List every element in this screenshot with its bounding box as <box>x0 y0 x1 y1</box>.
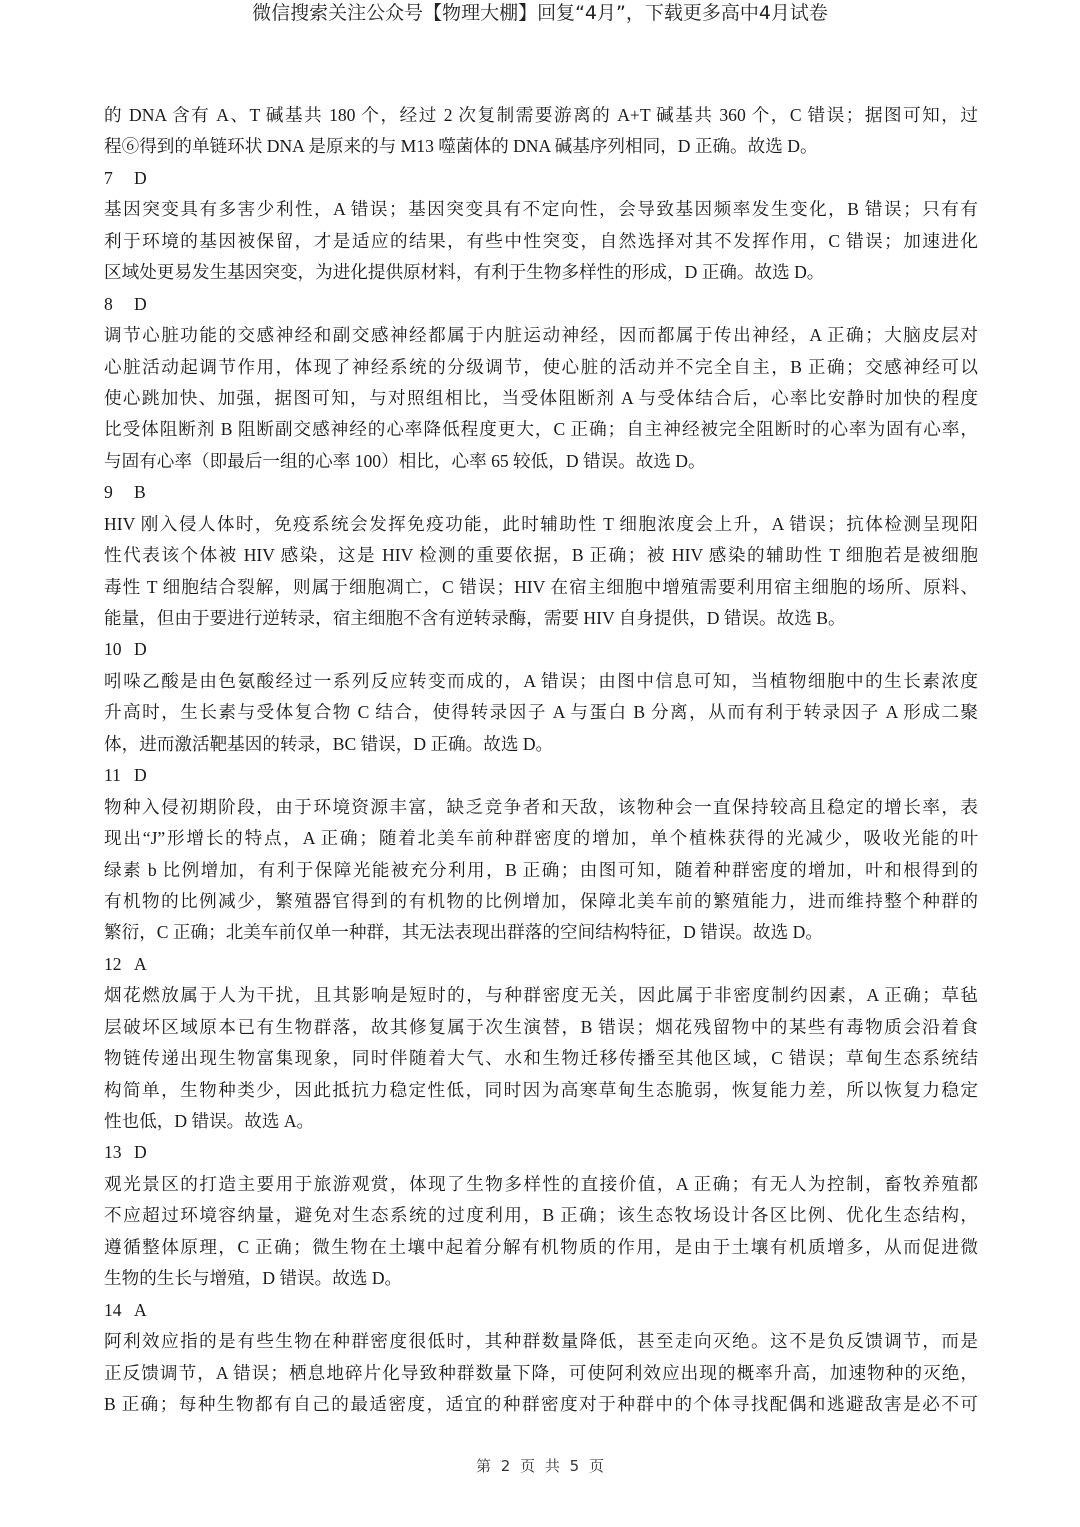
question-answer: D <box>134 634 147 665</box>
question-answer: D <box>134 289 147 320</box>
explanation-line: 现出“J”形增长的特点，A 正确；随着北美车前种群密度的增加，单个植株获得的光减… <box>104 823 978 854</box>
explanation-line: 毒性 T 细胞结合裂解，则属于细胞凋亡，C 错误；HIV 在宿主细胞中增殖需要利… <box>104 572 978 603</box>
explanation-line: 层破坏区域原本已有生物群落，故其修复属于次生演替，B 错误；烟花残留物中的某些有… <box>104 1012 978 1043</box>
question-12-header: 12A <box>104 949 978 980</box>
question-number: 11 <box>104 760 126 791</box>
promo-banner: 微信搜索关注公众号【物理大棚】回复“4月”，下载更多高中4月试卷 <box>0 0 1080 28</box>
explanation-line: 与固有心率（即最后一组的心率 100）相比，心率 65 较低，D 错误。故选 D… <box>104 446 978 477</box>
explanation-line: 体，进而激活靶基因的转录，BC 错误，D 正确。故选 D。 <box>104 729 978 760</box>
explanation-line: HIV 刚入侵人体时，免疫系统会发挥免疫功能，此时辅助性 T 细胞浓度会上升，A… <box>104 509 978 540</box>
explanation-line: 物链传递出现生物富集现象，同时伴随着大气、水和生物迁移传播至其他区域，C 错误；… <box>104 1043 978 1074</box>
explanation-line: B 正确；每种生物都有自己的最适密度，适宜的种群密度对于种群中的个体寻找配偶和逃… <box>104 1389 978 1420</box>
explanation-line: 绿素 b 比例增加，有利于保障光能被充分利用，B 正确；由图可知，随着种群密度的… <box>104 855 978 886</box>
explanation-line: 比受体阻断剂 B 阻断副交感神经的心率降低程度更大，C 正确；自主神经被完全阻断… <box>104 414 978 445</box>
page-number: 第 2 页 共 5 页 <box>0 1455 1080 1476</box>
explanation-line: 区域处更易发生基因突变，为进化提供原材料，有利于生物多样性的形成，D 正确。故选… <box>104 257 978 288</box>
intro-line: 的 DNA 含有 A、T 碱基共 180 个，经过 2 次复制需要游离的 A+T… <box>104 100 978 131</box>
explanation-line: 升高时，生长素与受体复合物 C 结合，使得转录因子 A 与蛋白 B 分离，从而有… <box>104 697 978 728</box>
question-answer: D <box>134 1137 147 1168</box>
explanation-line: 阿利效应指的是有些生物在种群密度很低时，其种群数量降低，甚至走向灭绝。这不是负反… <box>104 1326 978 1357</box>
question-number: 10 <box>104 634 126 665</box>
explanation-line: 繁衍，C 正确；北美车前仅单一种群，其无法表现出群落的空间结构特征，D 错误。故… <box>104 917 978 948</box>
question-answer: A <box>134 1295 147 1326</box>
question-number: 12 <box>104 949 126 980</box>
explanation-line: 正反馈调节，A 错误；栖息地碎片化导致种群数量下降，可使阿利效应出现的概率升高，… <box>104 1358 978 1389</box>
question-13-header: 13D <box>104 1137 978 1168</box>
question-number: 7 <box>104 163 126 194</box>
explanation-line: 调节心脏功能的交感神经和副交感神经都属于内脏运动神经，因而都属于传出神经，A 正… <box>104 320 978 351</box>
question-7-header: 7D <box>104 163 978 194</box>
explanation-line: 心脏活动起调节作用，体现了神经系统的分级调节，使心脏的活动并不完全自主，B 正确… <box>104 352 978 383</box>
explanation-line: 物种入侵初期阶段，由于环境资源丰富，缺乏竞争者和天敌，该物种会一直保持较高且稳定… <box>104 792 978 823</box>
question-9-header: 9B <box>104 477 978 508</box>
explanation-line: 不应超过环境容纳量，避免对生态系统的过度利用，B 正确；该生态牧场设计各区比例、… <box>104 1200 978 1231</box>
question-number: 9 <box>104 477 126 508</box>
explanation-line: 性也低，D 错误。故选 A。 <box>104 1106 978 1137</box>
question-answer: D <box>134 163 147 194</box>
explanation-line: 生物的生长与增殖，D 错误。故选 D。 <box>104 1263 978 1294</box>
intro-line: 程⑥得到的单链环状 DNA 是原来的与 M13 噬菌体的 DNA 碱基序列相同，… <box>104 131 978 162</box>
explanation-line: 有机物的比例减少，繁殖器官得到的有机物的比例增加，保障北美车前的繁殖能力，进而维… <box>104 886 978 917</box>
explanation-line: 观光景区的打造主要用于旅游观赏，体现了生物多样性的直接价值，A 正确；有无人为控… <box>104 1169 978 1200</box>
explanation-line: 基因突变具有多害少利性，A 错误；基因突变具有不定向性，会导致基因频率发生变化，… <box>104 194 978 225</box>
answer-document-body: 的 DNA 含有 A、T 碱基共 180 个，经过 2 次复制需要游离的 A+T… <box>104 100 978 1420</box>
explanation-line: 使心跳加快、加强，据图可知，与对照组相比，当受体阻断剂 A 与受体结合后，心率比… <box>104 383 978 414</box>
question-11-header: 11D <box>104 760 978 791</box>
question-8-header: 8D <box>104 289 978 320</box>
question-number: 13 <box>104 1137 126 1168</box>
explanation-line: 利于环境的基因被保留，才是适应的结果，有些中性突变，自然选择对其不发挥作用，C … <box>104 226 978 257</box>
explanation-line: 遵循整体原理，C 正确；微生物在土壤中起着分解有机物质的作用，是由于土壤有机质增… <box>104 1232 978 1263</box>
question-14-header: 14A <box>104 1295 978 1326</box>
explanation-line: 吲哚乙酸是由色氨酸经过一系列反应转变而成的，A 错误；由图中信息可知，当植物细胞… <box>104 666 978 697</box>
explanation-line: 性代表该个体被 HIV 感染，这是 HIV 检测的重要依据，B 正确；被 HIV… <box>104 540 978 571</box>
question-answer: A <box>134 949 147 980</box>
question-10-header: 10D <box>104 634 978 665</box>
explanation-line: 能量，但由于要进行逆转录，宿主细胞不含有逆转录酶，需要 HIV 自身提供，D 错… <box>104 603 978 634</box>
explanation-line: 烟花燃放属于人为干扰，且其影响是短时的，与种群密度无关，因此属于非密度制约因素，… <box>104 980 978 1011</box>
question-answer: B <box>134 477 146 508</box>
question-number: 14 <box>104 1295 126 1326</box>
question-number: 8 <box>104 289 126 320</box>
question-answer: D <box>134 760 147 791</box>
explanation-line: 构简单，生物种类少，因此抵抗力稳定性低，同时因为高寒草甸生态脆弱，恢复能力差，所… <box>104 1075 978 1106</box>
